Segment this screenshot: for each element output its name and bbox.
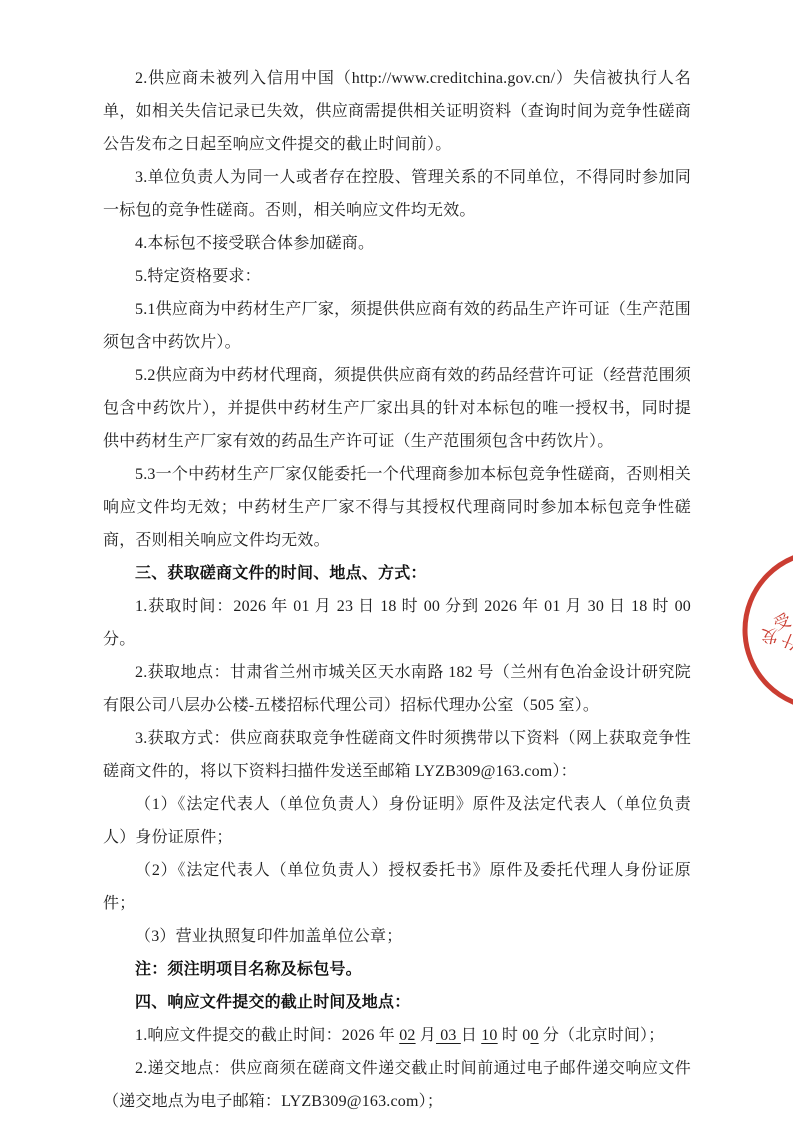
deadline-sep3: 时 0: [498, 1027, 531, 1044]
seal-glyphs: 兰州什发受: [754, 608, 793, 685]
note-line: 注：须注明项目名称及标包号。: [103, 953, 691, 986]
partial-red-seal-stamp: 兰州什发受: [728, 538, 793, 718]
required-item-3: （3）营业执照复印件加盖单位公章；: [103, 920, 691, 953]
required-item-2: （2）《法定代表人（单位负责人）授权委托书》原件及委托代理人身份证原件；: [103, 854, 691, 920]
deadline-minute: 0: [530, 1027, 538, 1044]
obtain-place: 2.获取地点：甘肃省兰州市城关区天水南路 182 号（兰州有色冶金设计研究院有限…: [103, 656, 691, 722]
clause-5-1: 5.1供应商为中药材生产厂家，须提供供应商有效的药品生产许可证（生产范围须包含中…: [103, 293, 691, 359]
section-heading-submission-deadline: 四、响应文件提交的截止时间及地点：: [103, 986, 691, 1019]
svg-text:兰州什发受: 兰州什发受: [754, 608, 793, 685]
deadline-sep2: 日: [461, 1027, 481, 1044]
submission-deadline: 1.响应文件提交的截止时间：2026 年 02 月 03 日 10 时 00 分…: [103, 1019, 691, 1052]
submission-place: 2.递交地点：供应商须在磋商文件递交截止时间前通过电子邮件递交响应文件（递交地点…: [103, 1052, 691, 1118]
document-body: 2.供应商未被列入信用中国（http://www.creditchina.gov…: [103, 62, 691, 1118]
deadline-month: 02: [399, 1027, 415, 1044]
deadline-hour: 10: [481, 1027, 497, 1044]
section-heading-obtain-documents: 三、获取磋商文件的时间、地点、方式：: [103, 557, 691, 590]
required-item-1: （1）《法定代表人（单位负责人）身份证明》原件及法定代表人（单位负责人）身份证原…: [103, 788, 691, 854]
clause-5-2: 5.2供应商为中药材代理商，须提供供应商有效的药品经营许可证（经营范围须包含中药…: [103, 359, 691, 458]
clause-same-person: 3.单位负责人为同一人或者存在控股、管理关系的不同单位，不得同时参加同一标包的竞…: [103, 161, 691, 227]
deadline-sep1: 月: [416, 1027, 436, 1044]
clause-credit-check: 2.供应商未被列入信用中国（http://www.creditchina.gov…: [103, 62, 691, 161]
document-page: 2.供应商未被列入信用中国（http://www.creditchina.gov…: [0, 0, 793, 1122]
clause-5-3: 5.3一个中药材生产厂家仅能委托一个代理商参加本标包竞争性磋商，否则相关响应文件…: [103, 458, 691, 557]
clause-special-qualification: 5.特定资格要求：: [103, 260, 691, 293]
obtain-method: 3.获取方式：供应商获取竞争性磋商文件时须携带以下资料（网上获取竞争性磋商文件的…: [103, 722, 691, 788]
obtain-time: 1.获取时间：2026 年 01 月 23 日 18 时 00 分到 2026 …: [103, 590, 691, 656]
deadline-suffix: 分（北京时间）；: [539, 1027, 665, 1044]
clause-no-consortium: 4.本标包不接受联合体参加磋商。: [103, 227, 691, 260]
deadline-day: 03: [436, 1027, 461, 1044]
deadline-prefix: 1.响应文件提交的截止时间：2026 年: [135, 1027, 399, 1044]
